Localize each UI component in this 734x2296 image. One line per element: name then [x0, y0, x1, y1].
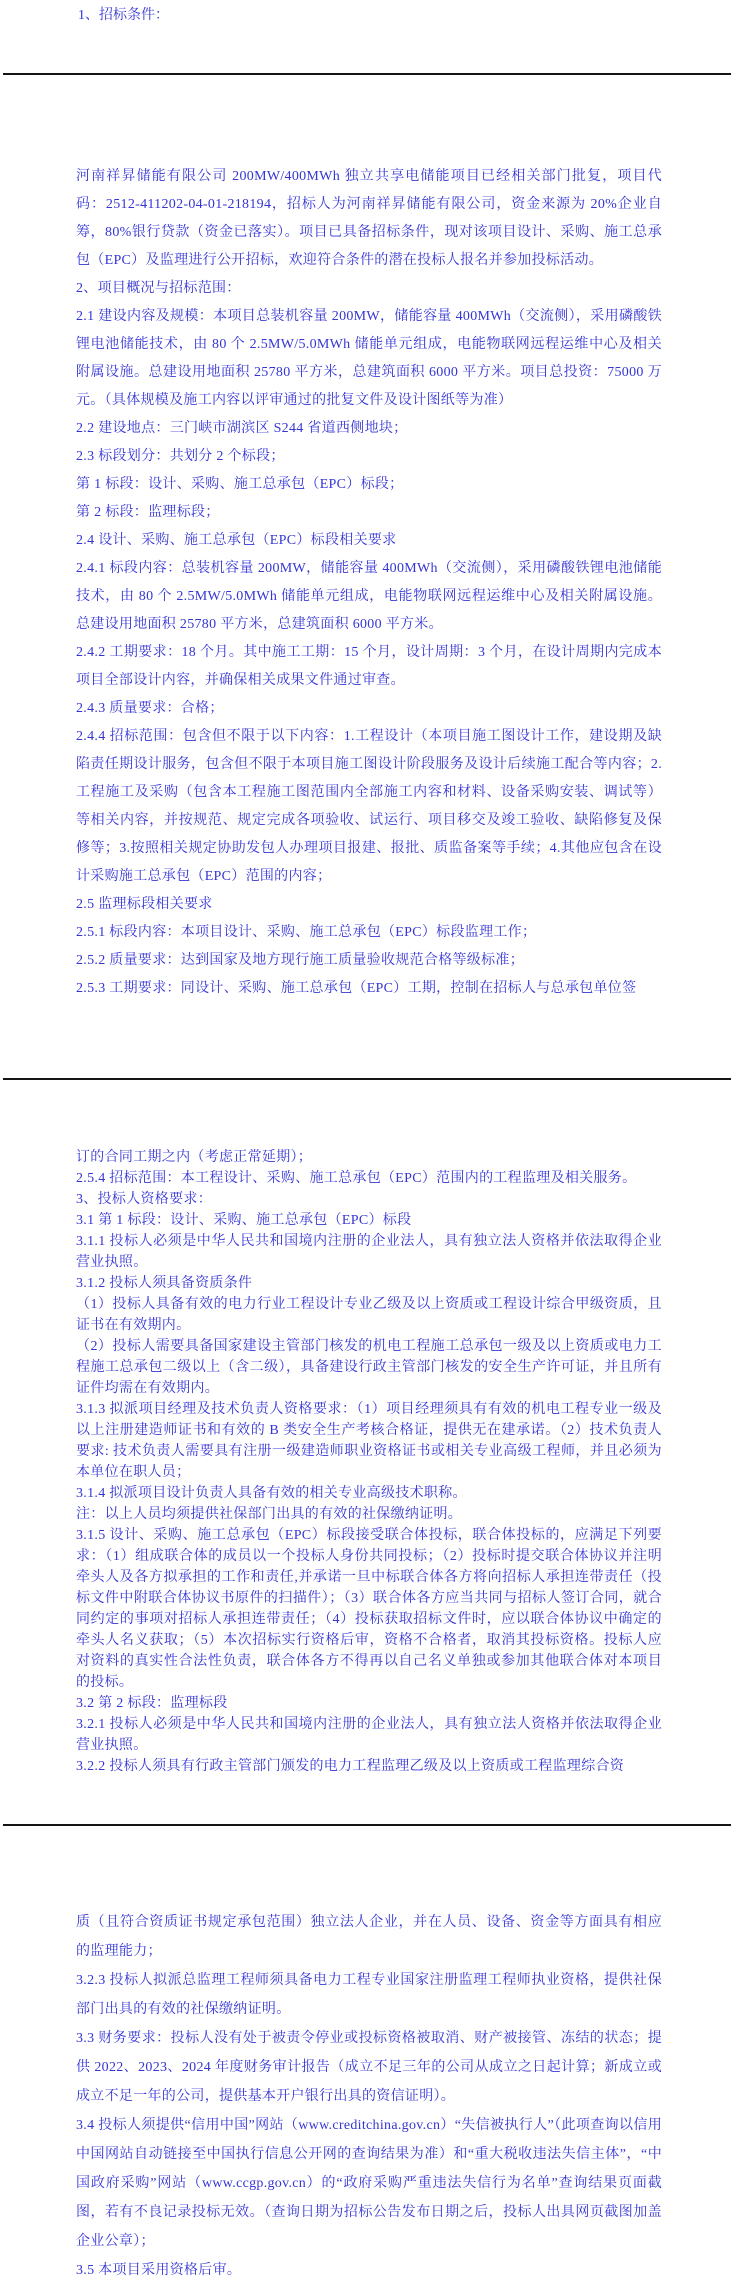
paragraph: 2.5.3 工期要求：同设计、采购、施工总承包（EPC）工期，控制在招标人与总承…	[76, 975, 662, 1003]
paragraph: 2.1 建设内容及规模：本项目总装机容量 200MW，储能容量 400MWh（交…	[76, 303, 662, 415]
paragraph: 质（且符合资质证书规定承包范围）独立法人企业，并在人员、设备、资金等方面具有相应…	[76, 1908, 662, 1966]
paragraph: 3.1.3 拟派项目经理及技术负责人资格要求：（1）项目经理须具有有效的机电工程…	[76, 1399, 662, 1483]
paragraph: （1）投标人具备有效的电力行业工程设计专业乙级及以上资质或工程设计综合甲级资质，…	[76, 1294, 662, 1336]
paragraph: 3.2 第 2 标段：监理标段	[76, 1693, 662, 1714]
page-divider	[3, 1824, 731, 1826]
paragraph: 3.1.5 设计、采购、施工总承包（EPC）标段接受联合体投标，联合体投标的，应…	[76, 1525, 662, 1693]
paragraph: 3、投标人资格要求：	[76, 1189, 662, 1210]
paragraph: 2.5.2 质量要求：达到国家及地方现行施工质量验收规范合格等级标准；	[76, 947, 662, 975]
paragraph: 注：以上人员均须提供社保部门出具的有效的社保缴纳证明。	[76, 1504, 662, 1525]
paragraph: 3.1.4 拟派项目设计负责人具备有效的相关专业高级技术职称。	[76, 1483, 662, 1504]
paragraph: 2.3 标段划分：共划分 2 个标段；	[76, 443, 662, 471]
paragraph: 2.5.1 标段内容：本项目设计、采购、施工总承包（EPC）标段监理工作；	[76, 919, 662, 947]
paragraph: 2.4.4 招标范围：包含但不限于以下内容：1.工程设计（本项目施工图设计工作，…	[76, 723, 662, 891]
paragraph: 3.5 本项目采用资格后审。	[76, 2256, 662, 2285]
paragraph: 2.4.1 标段内容：总装机容量 200MW，储能容量 400MWh（交流侧），…	[76, 555, 662, 639]
paragraph: 2.5.4 招标范围：本工程设计、采购、施工总承包（EPC）范围内的工程监理及相…	[76, 1168, 662, 1189]
paragraph: 2.2 建设地点：三门峡市湖滨区 S244 省道西侧地块；	[76, 415, 662, 443]
page-1-body: 河南祥昇储能有限公司 200MW/400MWh 独立共享电储能项目已经相关部门批…	[76, 163, 662, 1003]
paragraph: 订的合同工期之内（考虑正常延期）；	[76, 1147, 662, 1168]
paragraph: 2.4.3 质量要求：合格；	[76, 695, 662, 723]
page-2-body: 订的合同工期之内（考虑正常延期）； 2.5.4 招标范围：本工程设计、采购、施工…	[76, 1147, 662, 1777]
paragraph: 2.4 设计、采购、施工总承包（EPC）标段相关要求	[76, 527, 662, 555]
paragraph: （2）投标人需要具备国家建设主管部门核发的机电工程施工总承包一级及以上资质或电力…	[76, 1336, 662, 1399]
paragraph: 3.4 投标人须提供“信用中国”网站（www.creditchina.gov.c…	[76, 2111, 662, 2256]
tender-notice-document: 1、招标条件： 河南祥昇储能有限公司 200MW/400MWh 独立共享电储能项…	[0, 0, 734, 2296]
paragraph: 2.4.2 工期要求：18 个月。其中施工工期：15 个月，设计周期：3 个月，…	[76, 639, 662, 695]
paragraph: 3.1 第 1 标段：设计、采购、施工总承包（EPC）标段	[76, 1210, 662, 1231]
page-divider	[3, 1078, 731, 1080]
paragraph: 3.1.2 投标人须具备资质条件	[76, 1273, 662, 1294]
section-heading-bidding-conditions: 1、招标条件：	[78, 7, 169, 25]
page-divider	[3, 73, 731, 75]
paragraph: 第 2 标段：监理标段；	[76, 499, 662, 527]
paragraph: 3.1.1 投标人必须是中华人民共和国境内注册的企业法人，具有独立法人资格并依法…	[76, 1231, 662, 1273]
paragraph: 第 1 标段：设计、采购、施工总承包（EPC）标段；	[76, 471, 662, 499]
paragraph: 2、项目概况与招标范围：	[76, 275, 662, 303]
paragraph: 河南祥昇储能有限公司 200MW/400MWh 独立共享电储能项目已经相关部门批…	[76, 163, 662, 275]
paragraph: 3.2.2 投标人须具有行政主管部门颁发的电力工程监理乙级及以上资质或工程监理综…	[76, 1756, 662, 1777]
paragraph: 3.3 财务要求：投标人没有处于被责令停业或投标资格被取消、财产被接管、冻结的状…	[76, 2024, 662, 2111]
page-3-body: 质（且符合资质证书规定承包范围）独立法人企业，并在人员、设备、资金等方面具有相应…	[76, 1908, 662, 2285]
paragraph: 3.2.1 投标人必须是中华人民共和国境内注册的企业法人，具有独立法人资格并依法…	[76, 1714, 662, 1756]
paragraph: 3.2.3 投标人拟派总监理工程师须具备电力工程专业国家注册监理工程师执业资格，…	[76, 1966, 662, 2024]
paragraph: 2.5 监理标段相关要求	[76, 891, 662, 919]
